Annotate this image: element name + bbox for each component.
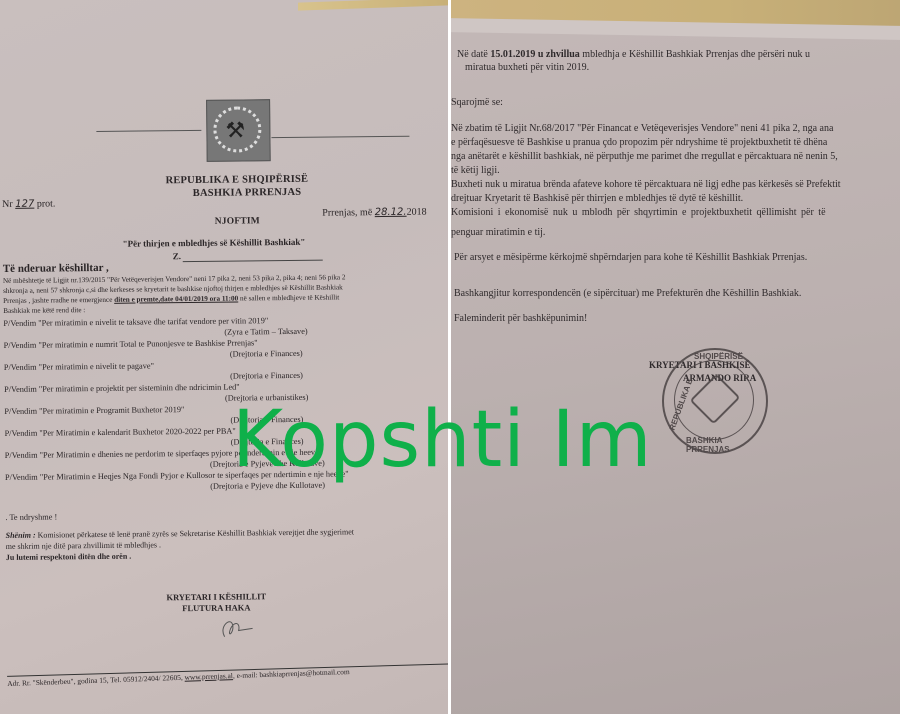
header-rule [271, 136, 409, 138]
paragraph-meeting-held: Në datë 15.01.2019 u zhvillua mbledhja e… [457, 48, 887, 74]
meeting-date-highlight: diten e premte,date 04/01/2019 ora 11:00 [114, 295, 238, 304]
republic-header: REPUBLIKA E SHQIPËRISË [122, 173, 352, 186]
agenda-other-item: . Te ndryshme ! [5, 512, 57, 522]
meeting-notice-document: ⚒ REPUBLIKA E SHQIPËRISË BASHKIA PRRENJA… [0, 0, 448, 714]
intro-paragraph: Në mbështetje të Ligjit nr.139/2015 "Për… [3, 271, 448, 316]
signature-icon [216, 612, 256, 642]
municipality-emblem-icon: ⚒ [206, 99, 271, 162]
website-link[interactable]: www.prrenjas.al [184, 671, 233, 682]
paragraph-explanation: Në zbatim të Ligjit Nr.68/2017 "Për Fina… [451, 122, 891, 240]
budget-letter-document: Në datë 15.01.2019 u zhvillua mbledhja e… [451, 0, 900, 714]
document-subject: "Për thirjen e mbledhjes së Këshillit Ba… [123, 237, 306, 249]
left-document-photo: ⚒ REPUBLIKA E SHQIPËRISË BASHKIA PRRENJA… [0, 0, 448, 714]
watermark-text: Kopshti Im [232, 401, 653, 479]
greeting: Të nderuar këshilltar , [3, 262, 109, 275]
note-paragraph: Shënim : Komisionet përkatese të lenë pr… [6, 525, 448, 563]
place-date: Prrenjas, më 28.12.2018 [322, 207, 426, 219]
header-rule [96, 130, 201, 132]
paragraph-request: Për arsyet e mësipërme kërkojmë shpërnda… [454, 251, 807, 264]
protocol-number: Nr 127 prot. [2, 198, 55, 210]
paragraph-thanks: Faleminderit për bashkëpunimin! [454, 312, 587, 325]
paragraph-attachment: Bashkangjitur korrespondencën (e sipërci… [454, 287, 801, 300]
signatory-title: KRYETARI I KËSHILLIT [131, 591, 301, 603]
addressee-line [183, 260, 323, 262]
document-title: NJOFTIM [157, 216, 317, 228]
right-document-photo: Në datë 15.01.2019 u zhvillua mbledhja e… [451, 0, 900, 714]
official-stamp-icon: SHQIPËRISË REPUBLIKA E BASHKIA PRRENJAS [662, 348, 768, 454]
addressee-label: Z. [173, 251, 181, 261]
municipality-header: BASHKIA PRRENJAS [132, 186, 362, 199]
clarification-label: Sqarojmë se: [451, 96, 503, 109]
